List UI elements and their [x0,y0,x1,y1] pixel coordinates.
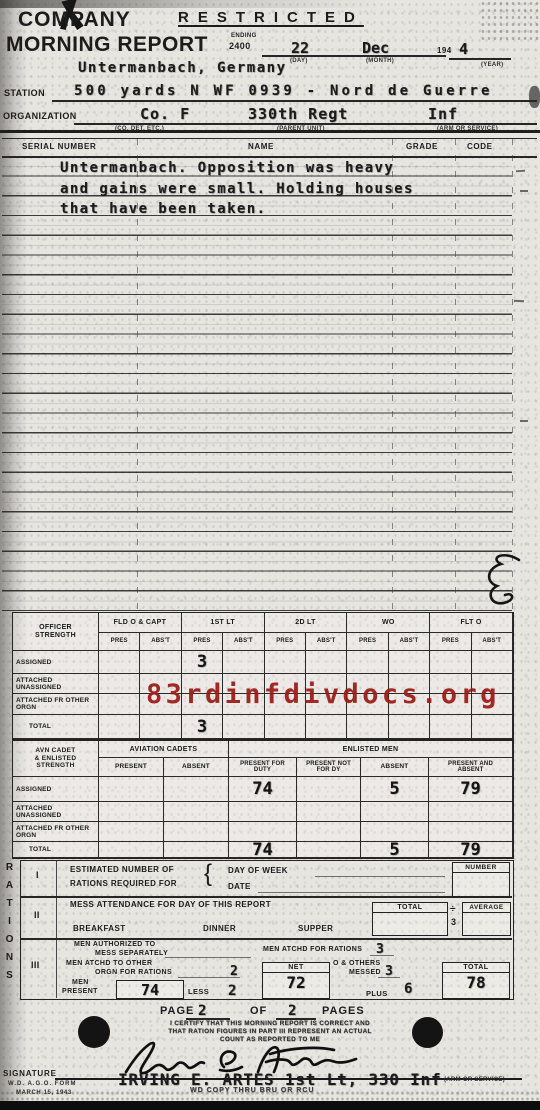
men-authorized-line2: MESS SEPARATELY [95,950,168,957]
officer-sub-pres: PRES [347,633,388,651]
officer-group-fldo-capt: FLD O & CAPT [99,613,182,633]
plus-value: 6 [404,981,412,997]
enlisted-cell [99,822,164,842]
officer-cell [347,715,388,739]
station-label: STATION [4,88,45,98]
officer-row-attached-fr-other: ATTACHED FR OTHER ORGN [13,694,99,715]
sub-cadets-present: PRESENT [99,758,164,777]
officer-sub-abst: ABS'T [389,633,430,651]
mess-separately-line [165,957,251,958]
officer-sub-pres: PRES [182,633,223,651]
atchd-for-rations-label: MEN ATCHD FOR RATIONS [263,946,362,953]
date-day-value: 22 [291,39,309,57]
classification-restricted: RESTRICTED [178,9,364,26]
officer-cell [472,715,513,739]
officer-cell [223,715,264,739]
enlisted-row-total: TOTAL [13,842,99,858]
average-box: AVERAGE [462,902,511,936]
others-line2: MESSED [349,969,381,976]
breakfast-label: BREAKFAST [73,924,126,933]
stray-mark [516,170,525,172]
officer-cell [99,694,140,715]
enlisted-cell [361,802,429,822]
date-year-value: 4 [459,40,468,58]
group-enlisted-men: ENLISTED MEN [229,741,513,758]
total-present-and-absent: 79 [429,842,513,858]
year-printed: 194 [437,46,452,55]
rations-total-label: TOTAL [443,963,509,973]
stray-mark [514,300,524,302]
rations-brace: { [204,860,212,888]
top-edge-noise [0,0,540,8]
sub-present-not-for-dy: PRESENT NOT FOR DY [297,758,361,777]
total-absent: 5 [361,842,429,858]
average-box-label: AVERAGE [463,903,510,913]
enlisted-cell [99,842,164,858]
men-present-box: 74 [116,980,184,999]
plus-label: PLUS [366,989,388,998]
enlisted-cell [164,802,229,822]
enlisted-cell [229,802,297,822]
enlisted-corner-label: AVN CADET& ENLISTEDSTRENGTH [13,741,99,777]
roster-col-name: NAME [248,142,274,151]
ending-label: ENDING [231,33,257,39]
organization-label: ORGANIZATION [3,111,77,121]
officer-row-assigned: ASSIGNED [13,651,99,674]
remarks-line-1: Untermanbach. Opposition was heavy [60,160,394,176]
rations-vertical-label: RATIONS [3,862,15,988]
officer-cell [389,651,430,674]
sub-present-for-duty: PRESENT FOR DUTY [229,758,297,777]
punch-hole-right [412,1017,443,1048]
handwritten-scrawl [483,550,527,614]
net-box: NET 72 [262,962,330,999]
bottom-black-bar [0,1101,540,1110]
divide-sign: ÷ [450,904,456,915]
signature-label: SIGNATURE [3,1069,57,1078]
organization-underline [74,123,537,125]
enlisted-cell [164,777,229,802]
punch-hole-left [78,1016,110,1048]
enlisted-cell [297,777,361,802]
roster-divider-code [455,139,456,609]
morning-report-scan: COMPANY MORNING REPORT RESTRICTED ENDING… [0,0,540,1110]
ending-time: 2400 [229,41,251,51]
officer-cell [265,651,306,674]
officer-sub-abst: ABS'T [472,633,513,651]
officer-sub-abst: ABS'T [306,633,347,651]
men-present-line1: MEN [72,979,89,986]
officer-cell [389,715,430,739]
station-value: 500 yards N WF 0939 - Nord de Guerre [74,83,493,99]
atchd-for-rations-line [370,955,394,956]
atchd-other-line1: MEN ATCHD TO OTHER [66,960,152,967]
ruled-lines-area [2,157,512,611]
watermark-text: 83rdinfdivdocs.org [146,679,500,710]
officer-cell [347,651,388,674]
rations-total-box: TOTAL 78 [442,962,510,999]
pages-label: PAGES [322,1005,365,1017]
officer-cell [430,715,471,739]
form-title-line2: MORNING REPORT [6,33,208,57]
less-label: LESS [188,987,209,996]
remarks-line-2: and gains were small. Holding houses [60,181,414,197]
assigned-absent: 5 [361,777,429,802]
roster-col-grade: GRADE [406,142,438,151]
officer-sub-pres: PRES [99,633,140,651]
rations-numeral-2: II [34,910,40,920]
certify-line-1: I CERTIFY THAT THIS MORNING REPORT IS CO… [150,1020,390,1028]
form-id-line1: W.D. A.G.O. FORM [8,1081,76,1087]
enlisted-cell [164,822,229,842]
mess-total-label: TOTAL [373,903,447,913]
officer-total-1stlt-pres: 3 [182,715,223,739]
officer-group-2d-lt: 2D LT [265,613,348,633]
officer-sub-pres: PRES [265,633,306,651]
officer-sub-abst: ABS'T [140,633,181,651]
divide-by-three: 3 [451,917,456,927]
officer-corner-label: OFFICERSTRENGTH [13,613,99,651]
atchd-other-line2: ORGN FOR RATIONS [95,969,172,976]
enlisted-row-assigned: ASSIGNED [13,777,99,802]
officer-cell [306,651,347,674]
men-present-line2: PRESENT [62,988,98,995]
pages-value: 2 [288,1003,296,1019]
date-line [258,892,445,893]
right-edge-blob [529,86,540,108]
year-caption: (YEAR) [481,62,503,68]
officer-group-flt-o: FLT O [430,613,513,633]
remarks-line-3: that have been taken. [60,201,266,217]
officer-row-attached-unassigned: ATTACHED UNASSIGNED [13,674,99,694]
page-label: PAGE [160,1005,194,1017]
others-line1: O & OTHERS [333,960,381,967]
others-messed-line [378,977,400,978]
station-underline [52,100,537,102]
enlisted-row-attached-unassigned: ATTACHED UNASSIGNED [13,802,99,822]
officer-cell [472,651,513,674]
routing-note: WD COPY THRU BRU OR RCU [190,1087,314,1094]
enlisted-cell [297,822,361,842]
section-heavy-rule [0,130,540,133]
stray-mark [520,190,528,192]
sub-cadets-absent: ABSENT [164,758,229,777]
rations-row1-divider [20,896,512,898]
officer-cell [265,715,306,739]
roster-header-top-rule [2,138,537,139]
of-label: OF [250,1005,267,1017]
officer-group-wo: WO [347,613,430,633]
rations-est-line1: ESTIMATED NUMBER OF [70,865,174,874]
top-right-noise [480,0,540,40]
atchd-other-line [178,977,240,978]
enlisted-cell [99,777,164,802]
mess-total-box: TOTAL [372,902,448,936]
rations-numeral-3: III [31,960,40,970]
officer-cell [99,715,140,739]
rations-numeral-divider [56,860,57,998]
date-label: DATE [228,882,251,891]
year-underline [449,58,511,60]
dinner-label: DINNER [203,924,236,933]
officer-sub-abst: ABS'T [223,633,264,651]
month-caption: (MONTH) [366,58,394,64]
officer-strength-table: OFFICERSTRENGTH FLD O & CAPT 1ST LT 2D L… [12,612,514,740]
organization-company: Co. F [140,105,190,123]
officer-sub-pres: PRES [430,633,471,651]
officer-assigned-1stlt-pres: 3 [182,651,223,674]
organization-parent-unit: 330th Regt [248,105,348,123]
roster-divider-right [512,139,513,609]
enlisted-cell [297,802,361,822]
enlisted-cell [297,842,361,858]
roster-col-code: CODE [467,142,493,151]
date-month-value: Dec [362,39,389,57]
enlisted-cell [429,802,513,822]
assigned-present-and-absent: 79 [429,777,513,802]
men-authorized-line1: MEN AUTHORIZED TO [74,941,155,948]
rations-numeral-1: I [36,870,39,880]
total-present-for-duty: 74 [229,842,297,858]
roster-col-serial: SERIAL NUMBER [22,142,96,151]
enlisted-row-attached-fr-other: ATTACHED FR OTHER ORGN [13,822,99,842]
officer-cell [223,651,264,674]
form-id-line2: MARCH 15, 1943 [16,1090,72,1096]
day-of-week-line [315,876,445,877]
net-box-label: NET [263,963,329,973]
sub-absent: ABSENT [361,758,429,777]
officer-cell [140,715,181,739]
officer-group-1st-lt: 1ST LT [182,613,265,633]
officer-cell [99,651,140,674]
form-title-line1: COMPANY [18,8,131,32]
day-caption: (DAY) [290,58,308,64]
enlisted-cell [164,842,229,858]
supper-label: SUPPER [298,924,333,933]
page-value: 2 [198,1003,206,1019]
net-value: 72 [263,973,329,992]
enlisted-cell [99,802,164,822]
rations-total-value: 78 [443,973,509,992]
men-present-value: 74 [117,981,183,999]
number-box: NUMBER [452,862,510,897]
assigned-present-for-duty: 74 [229,777,297,802]
officer-row-total: TOTAL [13,715,99,739]
officer-cell [306,715,347,739]
officer-cell [140,651,181,674]
typed-location: Untermanbach, Germany [78,60,287,76]
mess-attendance-title: MESS ATTENDANCE FOR DAY OF THIS REPORT [70,900,271,909]
officer-cell [99,674,140,694]
footer-arm-caption: (ARM OR SERVICE) [444,1077,505,1083]
enlisted-strength-table: AVN CADET& ENLISTEDSTRENGTH AVIATION CAD… [12,740,514,859]
rations-row2-divider [20,938,512,940]
less-value: 2 [228,983,236,999]
rations-est-line2: RATIONS REQUIRED FOR [70,879,177,888]
stray-mark [520,420,528,422]
officer-cell [430,651,471,674]
roster-divider-grade [392,139,393,609]
sub-present-and-absent: PRESENT AND ABSENT [429,758,513,777]
organization-arm: Inf [428,105,458,123]
day-of-week-label: DAY OF WEEK [228,866,288,875]
number-box-label: NUMBER [453,863,509,873]
group-aviation-cadets: AVIATION CADETS [99,741,229,758]
date-underline [262,55,446,57]
